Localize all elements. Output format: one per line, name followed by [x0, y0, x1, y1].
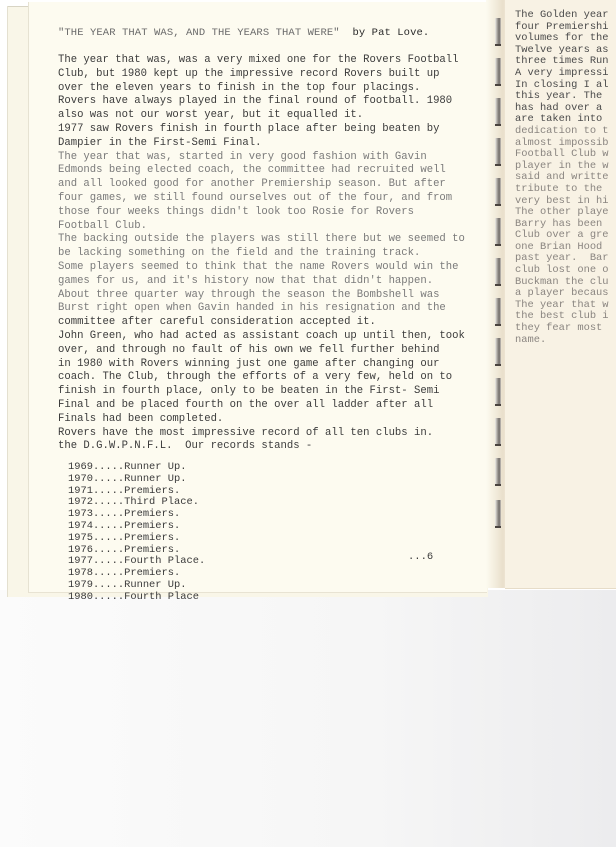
body-line: be lacking something on the field and th… — [58, 247, 498, 261]
body-line: also was not our worst year, but it equa… — [58, 109, 498, 123]
body-line: Club, but 1980 kept up the impressive re… — [58, 68, 498, 82]
scan-background — [0, 590, 616, 847]
right-page-line: Football Club w — [515, 149, 609, 161]
record-row: 1974.....Premiers. — [68, 521, 205, 533]
body-line: in 1980 with Rovers winning just one gam… — [58, 358, 498, 372]
body-line: The year that was, was a very mixed one … — [58, 54, 498, 68]
body-line: four games, we still found ourselves out… — [58, 192, 498, 206]
binding-ring — [495, 458, 501, 486]
body-line: finish in fourth place, only to be beate… — [58, 385, 498, 399]
right-page-line: they fear most — [515, 323, 609, 335]
binding-ring — [495, 218, 501, 246]
record-row: 1979.....Runner Up. — [68, 580, 205, 592]
binding-ring — [495, 58, 501, 86]
right-page-line: The Golden year — [515, 10, 609, 22]
body-line: Some players seemed to think that the na… — [58, 261, 498, 275]
binding-ring — [495, 258, 501, 286]
article-body: The year that was, was a very mixed one … — [58, 54, 498, 454]
right-page-text: The Golden yearfour Premiershivolumes fo… — [515, 10, 609, 346]
body-line: committee after careful consideration ac… — [58, 316, 498, 330]
author-line: by Pat Love. — [352, 27, 429, 39]
body-line: those four weeks things didn't look too … — [58, 206, 498, 220]
body-line: Final and be placed fourth on the over a… — [58, 399, 498, 413]
body-line: John Green, who had acted as assistant c… — [58, 330, 498, 344]
body-line: coach. The Club, through the efforts of … — [58, 371, 498, 385]
body-line: over the eleven years to finish in the t… — [58, 82, 498, 96]
body-line: Finals had been completed. — [58, 413, 498, 427]
body-line: The year that was, started in very good … — [58, 151, 498, 165]
article-title: "THE YEAR THAT WAS, AND THE YEARS THAT W… — [58, 27, 429, 39]
right-page-line: this year. The — [515, 91, 609, 103]
binding-ring — [495, 338, 501, 366]
body-line: About three quarter way through the seas… — [58, 289, 498, 303]
record-row: 1970.....Runner Up. — [68, 474, 205, 486]
binding-ring — [495, 298, 501, 326]
binding-ring — [495, 418, 501, 446]
body-line: the D.G.W.P.N.F.L. Our records stands - — [58, 440, 498, 454]
body-line: and all looked good for another Premiers… — [58, 178, 498, 192]
body-line: Burst right open when Gavin handed in hi… — [58, 302, 498, 316]
binding-ring — [495, 378, 501, 406]
binding-ring — [495, 18, 501, 46]
body-line: Edmonds being elected coach, the committ… — [58, 164, 498, 178]
right-page-line: tribute to the — [515, 184, 609, 196]
binding-ring — [495, 178, 501, 206]
right-page-line: club lost one o — [515, 265, 609, 277]
body-line: The backing outside the players was stil… — [58, 233, 498, 247]
right-page-line: name. — [515, 335, 609, 347]
right-page-line: The other playe — [515, 207, 609, 219]
body-line: Dampier in the First-Semi Final. — [58, 137, 498, 151]
record-row: 1980.....Fourth Place — [68, 592, 205, 604]
records-list: 1969.....Runner Up.1970.....Runner Up.19… — [68, 462, 205, 604]
body-line: Rovers have always played in the final r… — [58, 95, 498, 109]
right-page-line: A very impressi — [515, 68, 609, 80]
body-line: games for us, and it's history now that … — [58, 275, 498, 289]
right-page-line: dedication to t — [515, 126, 609, 138]
binding-ring — [495, 500, 501, 528]
right-page: The Golden yearfour Premiershivolumes fo… — [505, 0, 616, 589]
record-row: 1975.....Premiers. — [68, 533, 205, 545]
title-text: "THE YEAR THAT WAS, AND THE YEARS THAT W… — [58, 27, 340, 39]
body-line: 1977 saw Rovers finish in fourth place a… — [58, 123, 498, 137]
body-line: over, and through no fault of his own we… — [58, 344, 498, 358]
body-line: Football Club. — [58, 220, 498, 234]
body-line: Rovers have the most impressive record o… — [58, 427, 498, 441]
binding-ring — [495, 98, 501, 126]
page-continuation: ...6 — [408, 551, 433, 563]
binding-ring — [495, 138, 501, 166]
